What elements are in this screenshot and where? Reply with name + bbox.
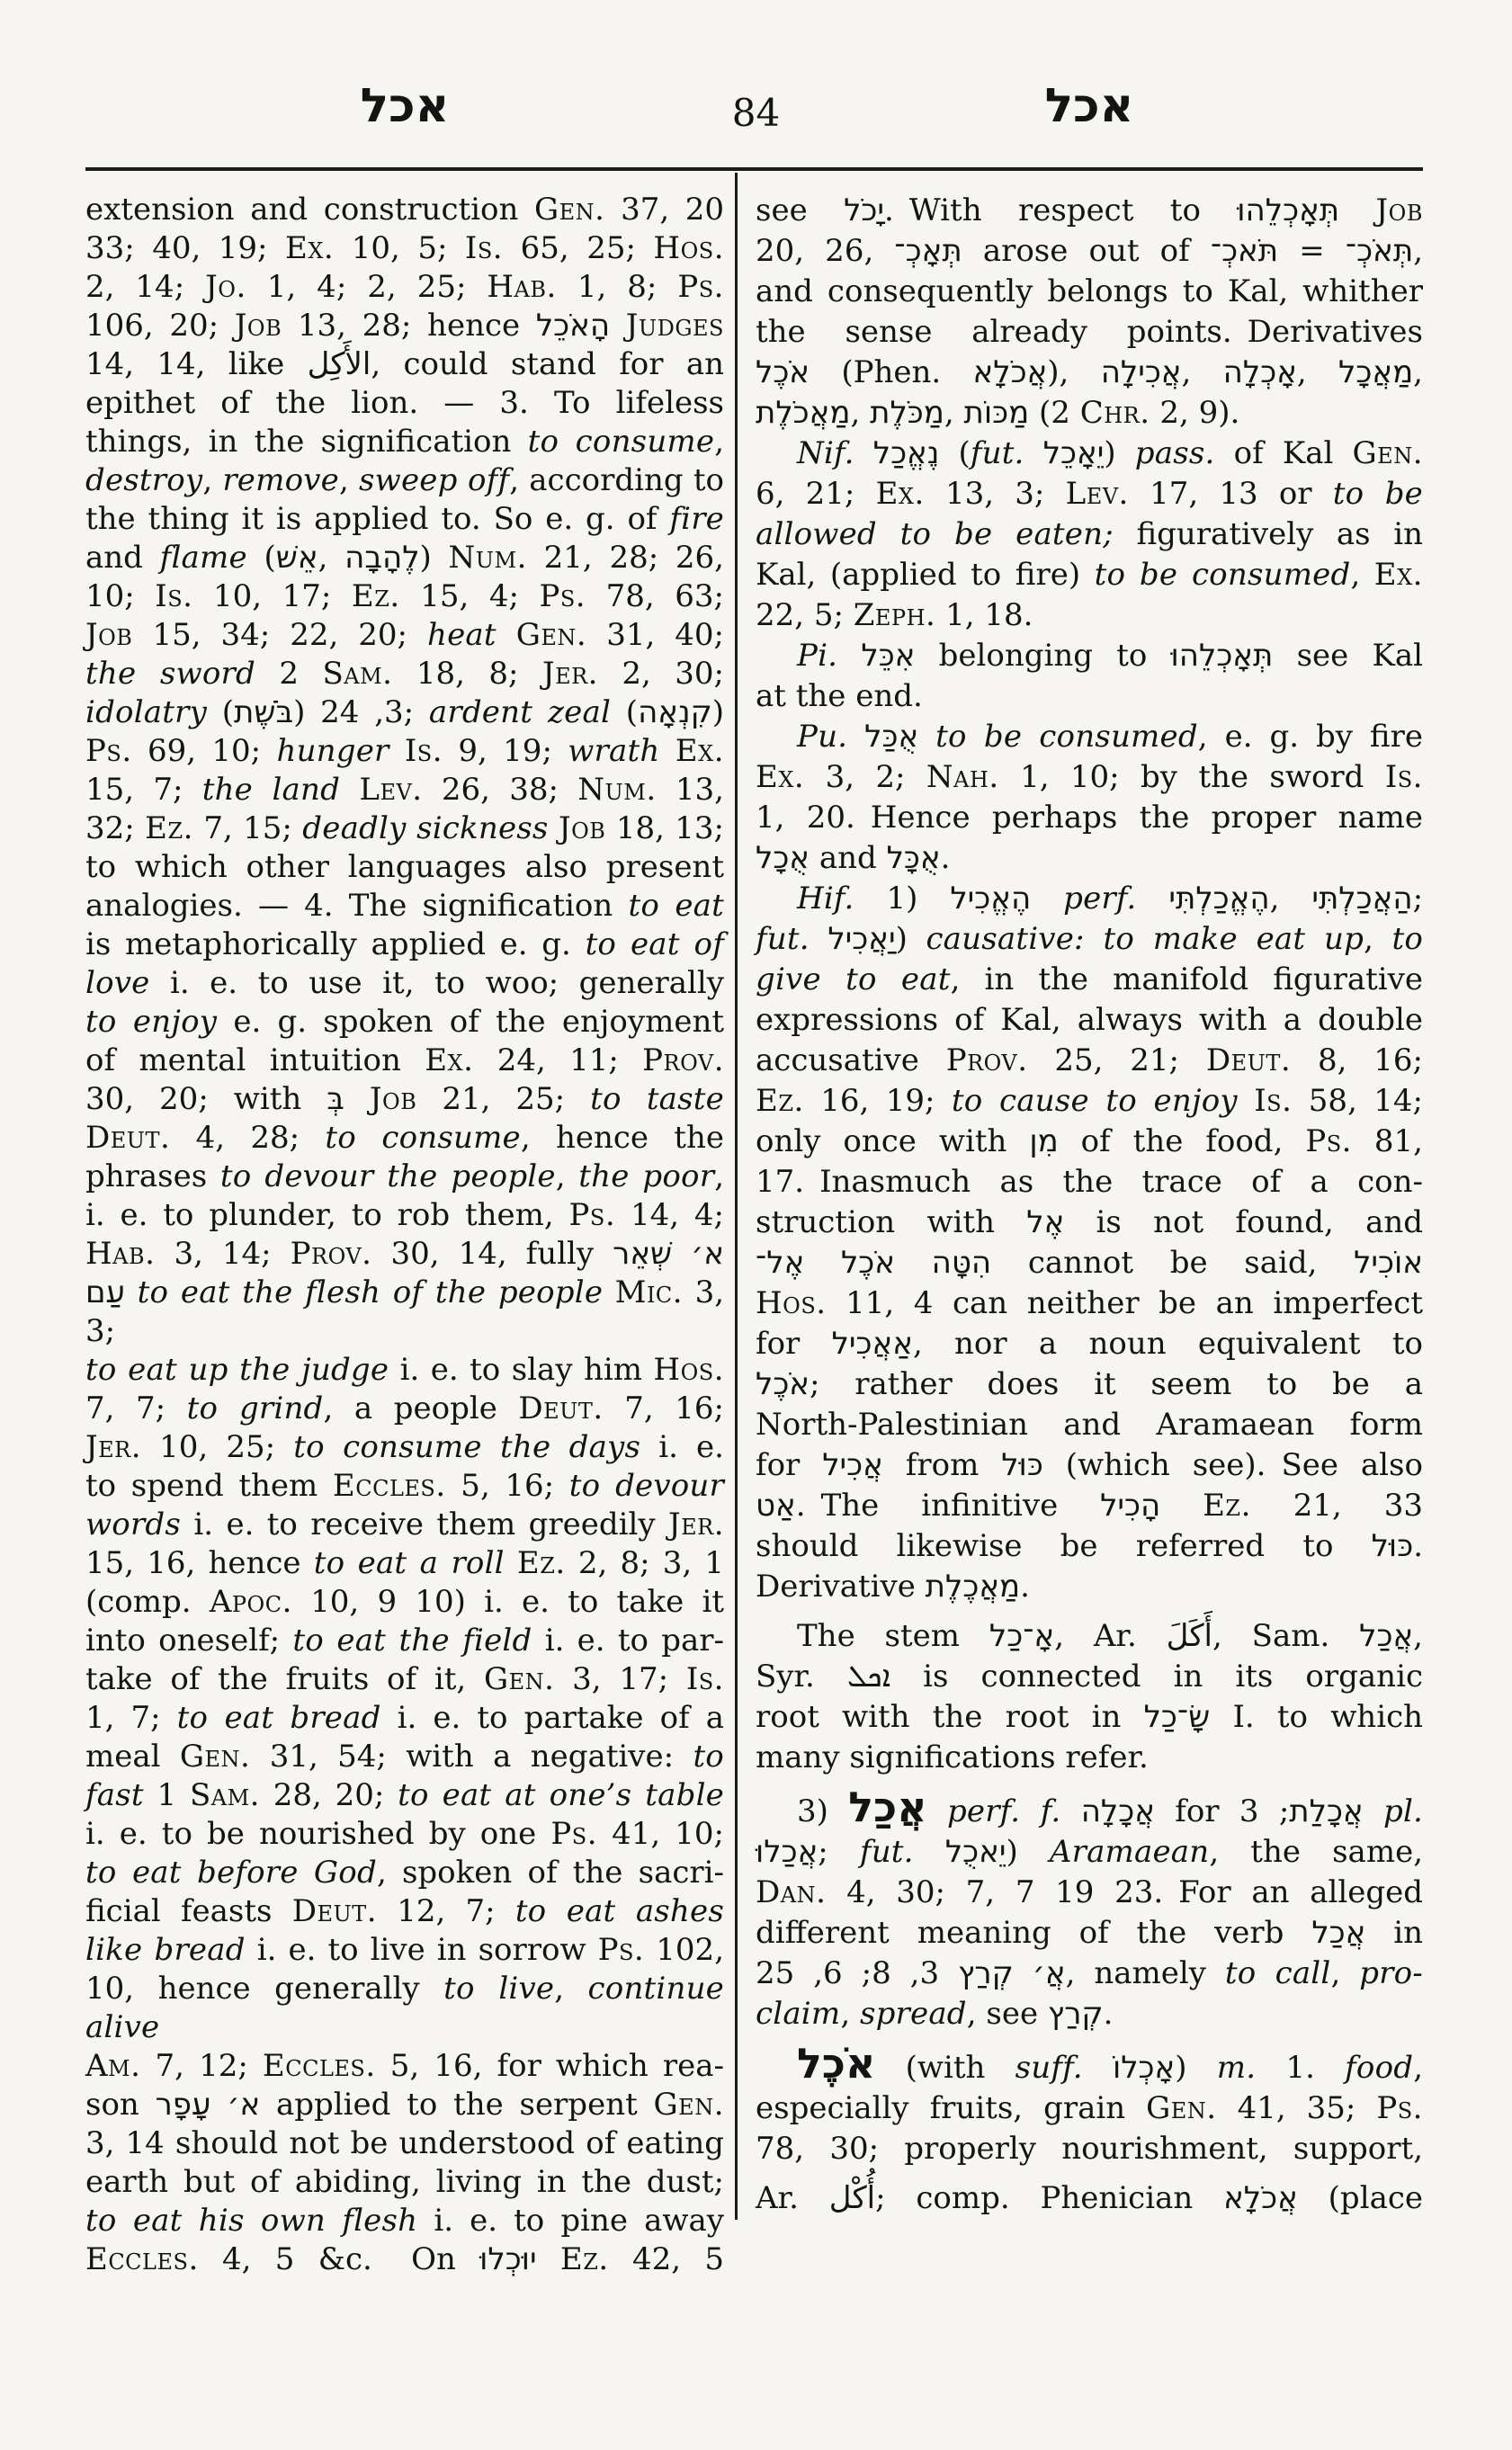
text-line: 78, 30; properly nourishment, support, [756, 2129, 1423, 2169]
text-line: ficial feasts Deut. 12, 7; to eat ashes [85, 1892, 724, 1931]
text-line: Deut. 4, 28; to consume, hence the [85, 1119, 724, 1158]
text-line: Syr. ܐܟܠ is connected in its organic [756, 1657, 1423, 1697]
text-line: Job 15, 34; 22, 20; heat Gen. 31, 40; [85, 616, 724, 655]
text-line: claim, spread, see קְרַץ. [756, 1994, 1423, 2034]
text-line: is metaphorically applied e. g. to eat o… [85, 925, 724, 964]
text-line: אֹכֶל (Phen. אֲכֹלָא),‎ אֲכִילָה,‎ אָכְל… [756, 353, 1423, 393]
text-line: הִטָּה אֹכֶל אֶל־ cannot be said, אוֹכִי… [756, 1243, 1423, 1283]
text-line: the sense already points. Derivatives [756, 312, 1423, 353]
text-line: the sword 2 Sam. 18, 8; Jer. 2, 30; [85, 655, 724, 693]
text-line: idolatry (בֹּשֶׁת) 3, 24; ardent zeal (ק… [85, 693, 724, 732]
text-line: Jer. 10, 25; to consume the days i. e. [85, 1428, 724, 1467]
text-line: of mental intuition Ex. 24, 11; Prov. [85, 1042, 724, 1080]
text-line: son א׳ עָפָר applied to the serpent Gen. [85, 2086, 724, 2124]
text-line: 15, 7; the land Lev. 26, 38; Num. 13, [85, 771, 724, 809]
text-line: Ar. أُكْل; comp. Phenician אֲכֹלָא (plac… [756, 2178, 1423, 2219]
text-line: to eat before God, spoken of the sacri- [85, 1854, 724, 1892]
text-line: 17. Inasmuch as the trace of a con- [756, 1162, 1423, 1203]
text-line: 30, 20; with בְּ Job 21, 25; to taste [85, 1080, 724, 1119]
dictionary-page: אכל 84 אכל extension and construction Ge… [0, 0, 1512, 2450]
text-line: אֻכָל and אֻכָּל. [756, 838, 1423, 879]
text-line: phrases to devour the people, the poor, [85, 1158, 724, 1196]
text-line: מַאֲכֹלֶת,‎ מַכֹּלֶת,‎ מַכּוֹת (2 Chr. 2… [756, 393, 1423, 434]
text-line: אֲכַלוּ; fut. יֵאכֻל) Aramaean, the same… [756, 1832, 1423, 1873]
text-line: should likewise be referred to כּוּל. [756, 1526, 1423, 1567]
text-line: to enjoy e. g. spoken of the enjoyment [85, 1003, 724, 1042]
text-line: the thing it is applied to. So e. g. of … [85, 500, 724, 539]
text-line: to eat up the judge i. e. to slay him Ho… [85, 1351, 724, 1390]
text-line: 32; Ez. 7, 15; deadly sickness Job 18, 1… [85, 809, 724, 848]
text-line: Pu. אֻכַּל to be consumed, e. g. by fire [756, 717, 1423, 757]
text-line: into oneself; to eat the field i. e. to … [85, 1622, 724, 1660]
text-line: Ez. 16, 19; to cause to enjoy Is. 58, 14… [756, 1081, 1423, 1122]
text-line: accusative Prov. 25, 21; Deut. 8, 16; [756, 1041, 1423, 1081]
text-line: for אֲכִיל from כּוּל (which see). See a… [756, 1445, 1423, 1486]
text-line: 1, 7; to eat bread i. e. to partake of a [85, 1699, 724, 1738]
text-line: 10; Is. 10, 17; Ez. 15, 4; Ps. 78, 63; [85, 577, 724, 616]
text-line: Ex. 3, 2; Nah. 1, 10; by the sword Is. [756, 757, 1423, 798]
column-right: see יָכֹל. With respect to תְּאָכְלֵהוּ … [756, 191, 1423, 2219]
text-line: אֹכֶל; rather does it seem to be a [756, 1364, 1423, 1405]
text-line: אֹכֶל (with suff. אָכְלוֹ) m. 1. food, [756, 2043, 1423, 2088]
text-line: analogies. — 4. The signification to eat [85, 887, 724, 925]
text-line: to eat his own flesh i. e. to pine away [85, 2202, 724, 2240]
text-line: 22, 5; Zeph. 1, 18. [756, 595, 1423, 636]
text-line: to which other languages also present [85, 848, 724, 887]
text-line: עַם to eat the flesh of the people Mic. … [85, 1274, 724, 1351]
text-line: Pi. אִכֵּל belonging to תְּאָכְלֵהוּ see… [756, 636, 1423, 676]
text-line: 106, 20; Job 13, 28; hence הָאֹכֵל Judge… [85, 307, 724, 345]
text-line: only once with מִן of the food, Ps. 81, [756, 1122, 1423, 1162]
text-line: root with the root in שָׂ־כַל I. to whic… [756, 1697, 1423, 1738]
text-line: epithet of the lion. — 3. To lifeless [85, 384, 724, 423]
text-line: destroy, remove, sweep off, according to [85, 461, 724, 500]
text-line: at the end. [756, 676, 1423, 717]
text-line: i. e. to plunder, to rob them, Ps. 14, 4… [85, 1196, 724, 1235]
column-divider-rule [735, 173, 738, 2220]
text-line: different meaning of the verb אֲכַל in [756, 1913, 1423, 1954]
text-line: to spend them Eccles. 5, 16; to devour [85, 1467, 724, 1506]
text-line: 6, 21; Ex. 13, 3; Lev. 17, 13 or to be [756, 474, 1423, 514]
text-line: allowed to be eaten; figuratively as in [756, 514, 1423, 555]
text-line: especially fruits, grain Gen. 41, 35; Ps… [756, 2088, 1423, 2129]
text-line: Eccles. 4, 5 &c. On יוּכְלוּ Ez. 42, 5 [85, 2240, 724, 2279]
text-line: 7, 7; to grind, a people Deut. 7, 16; [85, 1390, 724, 1428]
text-line: Nif. נֶאֱכַל (fut. יֵאָכֵל) pass. of Kal… [756, 434, 1423, 474]
text-line: take of the fruits of it, Gen. 3, 17; Is… [85, 1660, 724, 1699]
text-line: Hos. 11, 4 can neither be an imperfect [756, 1283, 1423, 1324]
text-line: 20, 26, תְּאָכְ־ arose out of תֹּאכְ־‎ =… [756, 231, 1423, 272]
text-line: 33; 40, 19; Ex. 10, 5; Is. 65, 25; Hos. [85, 229, 724, 268]
text-line: (comp. Apoc. 10, 9 10) i. e. to take it [85, 1583, 724, 1622]
text-line: words i. e. to receive them greedily Jer… [85, 1506, 724, 1544]
text-line: love i. e. to use it, to woo; generally [85, 964, 724, 1003]
text-line: Dan. 4, 30; 7, 7 19 23. For an alleged [756, 1873, 1423, 1913]
text-line: fut. יַאֲכִיל) causative: to make eat up… [756, 919, 1423, 960]
text-line: give to eat, in the manifold figurative [756, 960, 1423, 1000]
text-line: things, in the signification to consume, [85, 423, 724, 461]
text-line: many significations refer. [756, 1738, 1423, 1778]
text-line: Hif. הֶאֱכִיל (1 perf. הֶאֱכַלְתִּי,‎ הַ… [756, 879, 1423, 919]
text-line: Ps. 69, 10; hunger Is. 9, 19; wrath Ex. [85, 732, 724, 771]
text-line: expressions of Kal, always with a double [756, 1000, 1423, 1041]
text-line: extension and construction Gen. 37, 20 [85, 191, 724, 229]
text-line: and consequently belongs to Kal, whither [756, 272, 1423, 312]
text-line: אֲכַל (3 perf. f. אֲכָלָה for אֲכָלַת; 3… [756, 1787, 1423, 1832]
text-line: 2, 14; Jo. 1, 4; 2, 25; Hab. 1, 8; Ps. [85, 268, 724, 307]
text-line: 10, hence generally to live, continue al… [85, 1970, 724, 2047]
text-line: 15, 16, hence to eat a roll Ez. 2, 8; 3,… [85, 1544, 724, 1583]
text-line: אַט. The infinitive הָכִיל Ez. 21, 33 [756, 1486, 1423, 1526]
text-line: and flame (אֵשׁ,‎ לֶהָבָה) Num. 21, 28; … [85, 539, 724, 577]
text-line: earth but of abiding, living in the dust… [85, 2163, 724, 2202]
text-line: Kal, (applied to fire) to be consumed, E… [756, 555, 1423, 595]
column-left: extension and construction Gen. 37, 2033… [85, 191, 724, 2279]
text-line: 3, 14 should not be understood of eating [85, 2124, 724, 2163]
text-line: like bread i. e. to live in sorrow Ps. 1… [85, 1931, 724, 1970]
header-hebrew-right: אכל [756, 70, 1423, 142]
text-line: for אַאֲכִיל, nor a noun equivalent to [756, 1324, 1423, 1364]
header-rule [85, 167, 1423, 171]
text-line: North-Palestinian and Aramaean form [756, 1405, 1423, 1445]
text-line: 14, 14, like الأَكِل, could stand for an [85, 345, 724, 384]
text-line: meal Gen. 31, 54; with a negative: to [85, 1738, 724, 1776]
text-line: Derivative מַאֲכֶלֶת. [756, 1567, 1423, 1607]
text-line: 1, 20. Hence perhaps the proper name [756, 798, 1423, 838]
text-line: struction with אֶל is not found, and [756, 1203, 1423, 1243]
text-line: see יָכֹל. With respect to תְּאָכְלֵהוּ … [756, 191, 1423, 231]
text-line: fast 1 Sam. 28, 20; to eat at one’s tabl… [85, 1776, 724, 1815]
text-line: i. e. to be nourished by one Ps. 41, 10; [85, 1815, 724, 1854]
text-line: The stem אָ־כַל, Ar. أَكَلَ, Sam. אֲכַל, [756, 1616, 1423, 1657]
text-line: Hab. 3, 14; Prov. 30, 14, fully א׳ שְׁאֵ… [85, 1235, 724, 1274]
text-line: Am. 7, 12; Eccles. 5, 16, for which rea- [85, 2047, 724, 2086]
text-line: אֲ׳ קְרַץ 3, 8; 6, 25, namely to call, p… [756, 1954, 1423, 1994]
